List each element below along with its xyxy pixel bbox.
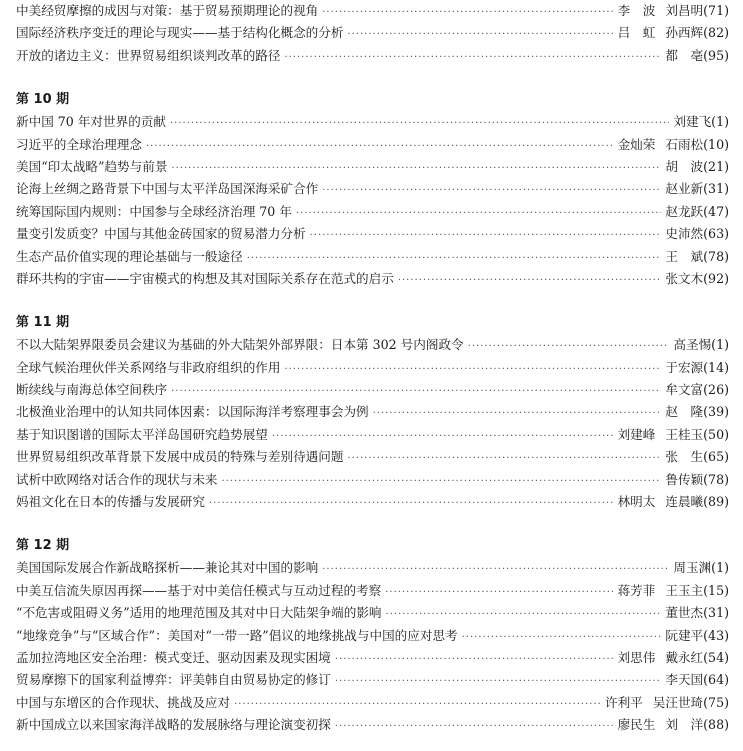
toc-entry: 新中国 70 年对世界的贡献刘建飞(1) (0, 111, 743, 133)
page-number: (31) (703, 602, 729, 624)
article-title: 国际经济秩序变迁的理论与现实——基于结构化概念的分析 (16, 22, 343, 44)
toc-entry: 群环共构的宇宙——宇宙模式的构想及其对国际关系存在范式的启示张文木(92) (0, 268, 743, 290)
author-name: 王玉主 (665, 583, 703, 598)
page-number: (89) (703, 491, 729, 513)
article-authors: 牟文富 (665, 379, 703, 401)
article-authors: 吕 虹孙西辉 (618, 22, 704, 44)
author-name: 史沛然 (665, 226, 703, 241)
dot-leader (385, 582, 613, 604)
article-authors: 李 波刘昌明 (618, 0, 704, 22)
toc-entry: 论海上丝绸之路背景下中国与太平洋岛国深海采矿合作赵业新(31) (0, 178, 743, 200)
article-title: 量变引发质变？中国与其他金砖国家的贸易潜力分析 (16, 223, 306, 245)
dot-leader (347, 24, 613, 46)
page-number: (75) (703, 692, 729, 714)
article-title: 美国“印太战略”趋势与前景 (16, 156, 167, 178)
toc-entry: 断续线与南海总体空间秩序牟文富(26) (0, 379, 743, 401)
article-title: 生态产品价值实现的理论基础与一般途径 (16, 246, 243, 268)
page-number: (71) (703, 0, 729, 22)
page-number: (88) (703, 714, 729, 736)
article-title: “地缘竞争”与“区域合作”：美国对“一带一路”倡议的地缘挑战与中国的应对思考 (16, 625, 458, 647)
toc-entry: “不危害或阻碍义务”适用的地理范围及其对中日大陆架争端的影响董世杰(31) (0, 602, 743, 624)
dot-leader (335, 716, 614, 738)
dot-leader (398, 270, 662, 292)
dot-leader (347, 448, 661, 470)
page-number: (47) (703, 201, 729, 223)
dot-leader (171, 381, 661, 403)
page-number: (65) (703, 446, 729, 468)
article-authors: 刘建飞 (673, 111, 711, 133)
page-number: (10) (703, 134, 729, 156)
dot-leader (209, 493, 614, 515)
article-authors: 张文木 (665, 268, 703, 290)
article-title: 世界贸易组织改革背景下发展中成员的特殊与差别待遇问题 (16, 446, 343, 468)
article-authors: 赵 隆 (665, 401, 703, 423)
issue-section: 第 11 期不以大陆架界限委员会建议为基础的外大陆架外部界限：日本第 302 号… (0, 290, 743, 513)
article-authors: 林明太连晨曦 (618, 491, 704, 513)
dot-leader (386, 604, 662, 626)
author-name: 石雨松 (665, 137, 703, 152)
toc-entry: 世界贸易组织改革背景下发展中成员的特殊与差别待遇问题张 生(65) (0, 446, 743, 468)
author-name: 鲁传颖 (665, 472, 703, 487)
article-title: 习近平的全球治理理念 (16, 134, 142, 156)
dot-leader (322, 2, 613, 24)
article-title: 论海上丝绸之路背景下中国与太平洋岛国深海采矿合作 (16, 178, 318, 200)
toc-entry: 习近平的全球治理理念金灿荣石雨松(10) (0, 134, 743, 156)
dot-leader (296, 203, 661, 225)
author-name: 金灿荣 (618, 137, 656, 152)
dot-leader (170, 113, 669, 135)
article-title: 妈祖文化在日本的传播与发展研究 (16, 491, 205, 513)
author-name: 刘思伟 (618, 650, 656, 665)
page-number: (14) (703, 357, 729, 379)
page-number: (26) (703, 379, 729, 401)
dot-leader (171, 158, 661, 180)
article-authors: 廖民生刘 洋 (618, 714, 704, 736)
article-title: 中美经贸摩擦的成因与对策：基于贸易预期理论的视角 (16, 0, 318, 22)
article-title: 美国国际发展合作新战略探析——兼论其对中国的影响 (16, 557, 318, 579)
author-name: 吴汪世琦 (653, 695, 703, 710)
article-authors: 赵业新 (665, 178, 703, 200)
article-authors: 许利平吴汪世琦 (605, 692, 703, 714)
author-name: 王桂玉 (665, 427, 703, 442)
author-name: 张 生 (665, 449, 703, 464)
author-name: 许利平 (605, 695, 643, 710)
article-authors: 张 生 (665, 446, 703, 468)
author-name: 赵业新 (665, 181, 703, 196)
toc-entry: 孟加拉湾地区安全治理：模式变迁、驱动因素及现实困境刘思伟戴永红(54) (0, 647, 743, 669)
toc-entry: 量变引发质变？中国与其他金砖国家的贸易潜力分析史沛然(63) (0, 223, 743, 245)
dot-leader (234, 694, 601, 716)
article-authors: 刘建峰王桂玉 (618, 424, 704, 446)
page-number: (95) (703, 45, 729, 67)
page-number: (54) (703, 647, 729, 669)
article-title: 基于知识图谱的国际太平洋岛国研究趋势展望 (16, 424, 268, 446)
article-title: “不危害或阻碍义务”适用的地理范围及其对中日大陆架争端的影响 (16, 602, 382, 624)
issue-heading: 第 10 期 (0, 89, 743, 111)
dot-leader (335, 671, 662, 693)
toc-entry: 全球气候治理伙伴关系网络与非政府组织的作用于宏源(14) (0, 357, 743, 379)
page-number: (31) (703, 178, 729, 200)
author-name: 赵龙跃 (665, 204, 703, 219)
toc-entry: 生态产品价值实现的理论基础与一般途径王 斌(78) (0, 246, 743, 268)
author-name: 廖民生 (618, 717, 656, 732)
table-of-contents: 中美经贸摩擦的成因与对策：基于贸易预期理论的视角李 波刘昌明(71)国际经济秩序… (0, 0, 743, 737)
article-title: 孟加拉湾地区安全治理：模式变迁、驱动因素及现实困境 (16, 647, 331, 669)
article-title: 全球气候治理伙伴关系网络与非政府组织的作用 (16, 357, 280, 379)
author-name: 王 斌 (665, 249, 703, 264)
author-name: 刘昌明 (665, 3, 703, 18)
author-name: 赵 隆 (665, 404, 703, 419)
article-authors: 蒋芳菲王玉主 (618, 580, 704, 602)
author-name: 胡 波 (665, 159, 703, 174)
toc-entry: 妈祖文化在日本的传播与发展研究林明太连晨曦(89) (0, 491, 743, 513)
author-name: 都 亳 (665, 48, 703, 63)
section-spacer (0, 290, 743, 312)
article-title: 群环共构的宇宙——宇宙模式的构想及其对国际关系存在范式的启示 (16, 268, 394, 290)
author-name: 戴永红 (665, 650, 703, 665)
dot-leader (222, 471, 662, 493)
toc-entry: 中美互信流失原因再探——基于对中美信任模式与互动过程的考察蒋芳菲王玉主(15) (0, 580, 743, 602)
article-authors: 金灿荣石雨松 (618, 134, 704, 156)
page-number: (21) (703, 156, 729, 178)
dot-leader (335, 649, 614, 671)
issue-section: 第 10 期新中国 70 年对世界的贡献刘建飞(1)习近平的全球治理理念金灿荣石… (0, 67, 743, 290)
article-authors: 周玉渊 (673, 557, 711, 579)
issue-heading: 第 12 期 (0, 535, 743, 557)
author-name: 连晨曦 (665, 494, 703, 509)
author-name: 蒋芳菲 (618, 583, 656, 598)
article-authors: 史沛然 (665, 223, 703, 245)
author-name: 刘建峰 (618, 427, 656, 442)
author-name: 李天国 (665, 672, 703, 687)
article-title: 新中国成立以来国家海洋战略的发展脉络与理论演变初探 (16, 714, 331, 736)
article-authors: 王 斌 (665, 246, 703, 268)
article-title: 统筹国际国内规则：中国参与全球经济治理 70 年 (16, 201, 292, 223)
dot-leader (322, 180, 661, 202)
dot-leader (322, 559, 669, 581)
article-authors: 高圣惕 (673, 334, 711, 356)
author-name: 李 波 (618, 3, 656, 18)
article-title: 不以大陆架界限委员会建议为基础的外大陆架外部界限：日本第 302 号内阁政令 (16, 334, 464, 356)
toc-entry: 中国与东增区的合作现状、挑战及应对许利平吴汪世琦(75) (0, 692, 743, 714)
author-name: 高圣惕 (673, 337, 711, 352)
dot-leader (146, 136, 614, 158)
toc-entry: 贸易摩擦下的国家利益博弈：评美韩自由贸易协定的修订李天国(64) (0, 669, 743, 691)
author-name: 阮建平 (665, 628, 703, 643)
author-name: 于宏源 (665, 360, 703, 375)
article-authors: 李天国 (665, 669, 703, 691)
toc-entry: 国际经济秩序变迁的理论与现实——基于结构化概念的分析吕 虹孙西辉(82) (0, 22, 743, 44)
author-name: 牟文富 (665, 382, 703, 397)
author-name: 孙西辉 (665, 25, 703, 40)
article-authors: 胡 波 (665, 156, 703, 178)
dot-leader (310, 225, 662, 247)
page-number: (43) (703, 625, 729, 647)
article-title: 中国与东增区的合作现状、挑战及应对 (16, 692, 230, 714)
dot-leader (247, 248, 662, 270)
toc-entry: 中美经贸摩擦的成因与对策：基于贸易预期理论的视角李 波刘昌明(71) (0, 0, 743, 22)
article-authors: 鲁传颖 (665, 469, 703, 491)
article-authors: 阮建平 (665, 625, 703, 647)
toc-entry: 新中国成立以来国家海洋战略的发展脉络与理论演变初探廖民生刘 洋(88) (0, 714, 743, 736)
author-name: 吕 虹 (618, 25, 656, 40)
toc-entry: 美国“印太战略”趋势与前景胡 波(21) (0, 156, 743, 178)
page-number: (50) (703, 424, 729, 446)
toc-entry: 统筹国际国内规则：中国参与全球经济治理 70 年赵龙跃(47) (0, 201, 743, 223)
article-authors: 于宏源 (665, 357, 703, 379)
page-number: (39) (703, 401, 729, 423)
toc-entry: 开放的诸边主义：世界贸易组织谈判改革的路径都 亳(95) (0, 45, 743, 67)
dot-leader (468, 336, 670, 358)
page-number: (1) (711, 557, 729, 579)
article-authors: 都 亳 (665, 45, 703, 67)
article-title: 北极渔业治理中的认知共同体因素：以国际海洋考察理事会为例 (16, 401, 369, 423)
toc-entry: “地缘竞争”与“区域合作”：美国对“一带一路”倡议的地缘挑战与中国的应对思考阮建… (0, 625, 743, 647)
author-name: 董世杰 (665, 605, 703, 620)
toc-entry: 美国国际发展合作新战略探析——兼论其对中国的影响周玉渊(1) (0, 557, 743, 579)
article-title: 新中国 70 年对世界的贡献 (16, 111, 166, 133)
author-name: 张文木 (665, 271, 703, 286)
toc-entry: 试析中欧网络对话合作的现状与未来鲁传颖(78) (0, 469, 743, 491)
page-number: (15) (703, 580, 729, 602)
section-continued: 中美经贸摩擦的成因与对策：基于贸易预期理论的视角李 波刘昌明(71)国际经济秩序… (0, 0, 743, 67)
article-title: 断续线与南海总体空间秩序 (16, 379, 167, 401)
page-number: (82) (703, 22, 729, 44)
issue-heading: 第 11 期 (0, 312, 743, 334)
dot-leader (284, 47, 661, 69)
section-spacer (0, 513, 743, 535)
toc-entry: 北极渔业治理中的认知共同体因素：以国际海洋考察理事会为例赵 隆(39) (0, 401, 743, 423)
article-authors: 董世杰 (665, 602, 703, 624)
article-title: 开放的诸边主义：世界贸易组织谈判改革的路径 (16, 45, 280, 67)
issue-section: 第 12 期美国国际发展合作新战略探析——兼论其对中国的影响周玉渊(1)中美互信… (0, 513, 743, 736)
toc-entry: 基于知识图谱的国际太平洋岛国研究趋势展望刘建峰王桂玉(50) (0, 424, 743, 446)
page-number: (64) (703, 669, 729, 691)
toc-entry: 不以大陆架界限委员会建议为基础的外大陆架外部界限：日本第 302 号内阁政令高圣… (0, 334, 743, 356)
author-name: 周玉渊 (673, 560, 711, 575)
page-number: (1) (711, 334, 729, 356)
page-number: (78) (703, 469, 729, 491)
dot-leader (373, 403, 662, 425)
author-name: 刘 洋 (665, 717, 703, 732)
article-title: 贸易摩擦下的国家利益博弈：评美韩自由贸易协定的修订 (16, 669, 331, 691)
page-number: (1) (711, 111, 729, 133)
article-authors: 赵龙跃 (665, 201, 703, 223)
dot-leader (284, 359, 661, 381)
article-title: 试析中欧网络对话合作的现状与未来 (16, 469, 218, 491)
dot-leader (272, 426, 614, 448)
author-name: 林明太 (618, 494, 656, 509)
article-authors: 刘思伟戴永红 (618, 647, 704, 669)
dot-leader (462, 627, 662, 649)
page-number: (63) (703, 223, 729, 245)
article-title: 中美互信流失原因再探——基于对中美信任模式与互动过程的考察 (16, 580, 381, 602)
section-spacer (0, 67, 743, 89)
page-number: (92) (703, 268, 729, 290)
author-name: 刘建飞 (673, 114, 711, 129)
page-number: (78) (703, 246, 729, 268)
